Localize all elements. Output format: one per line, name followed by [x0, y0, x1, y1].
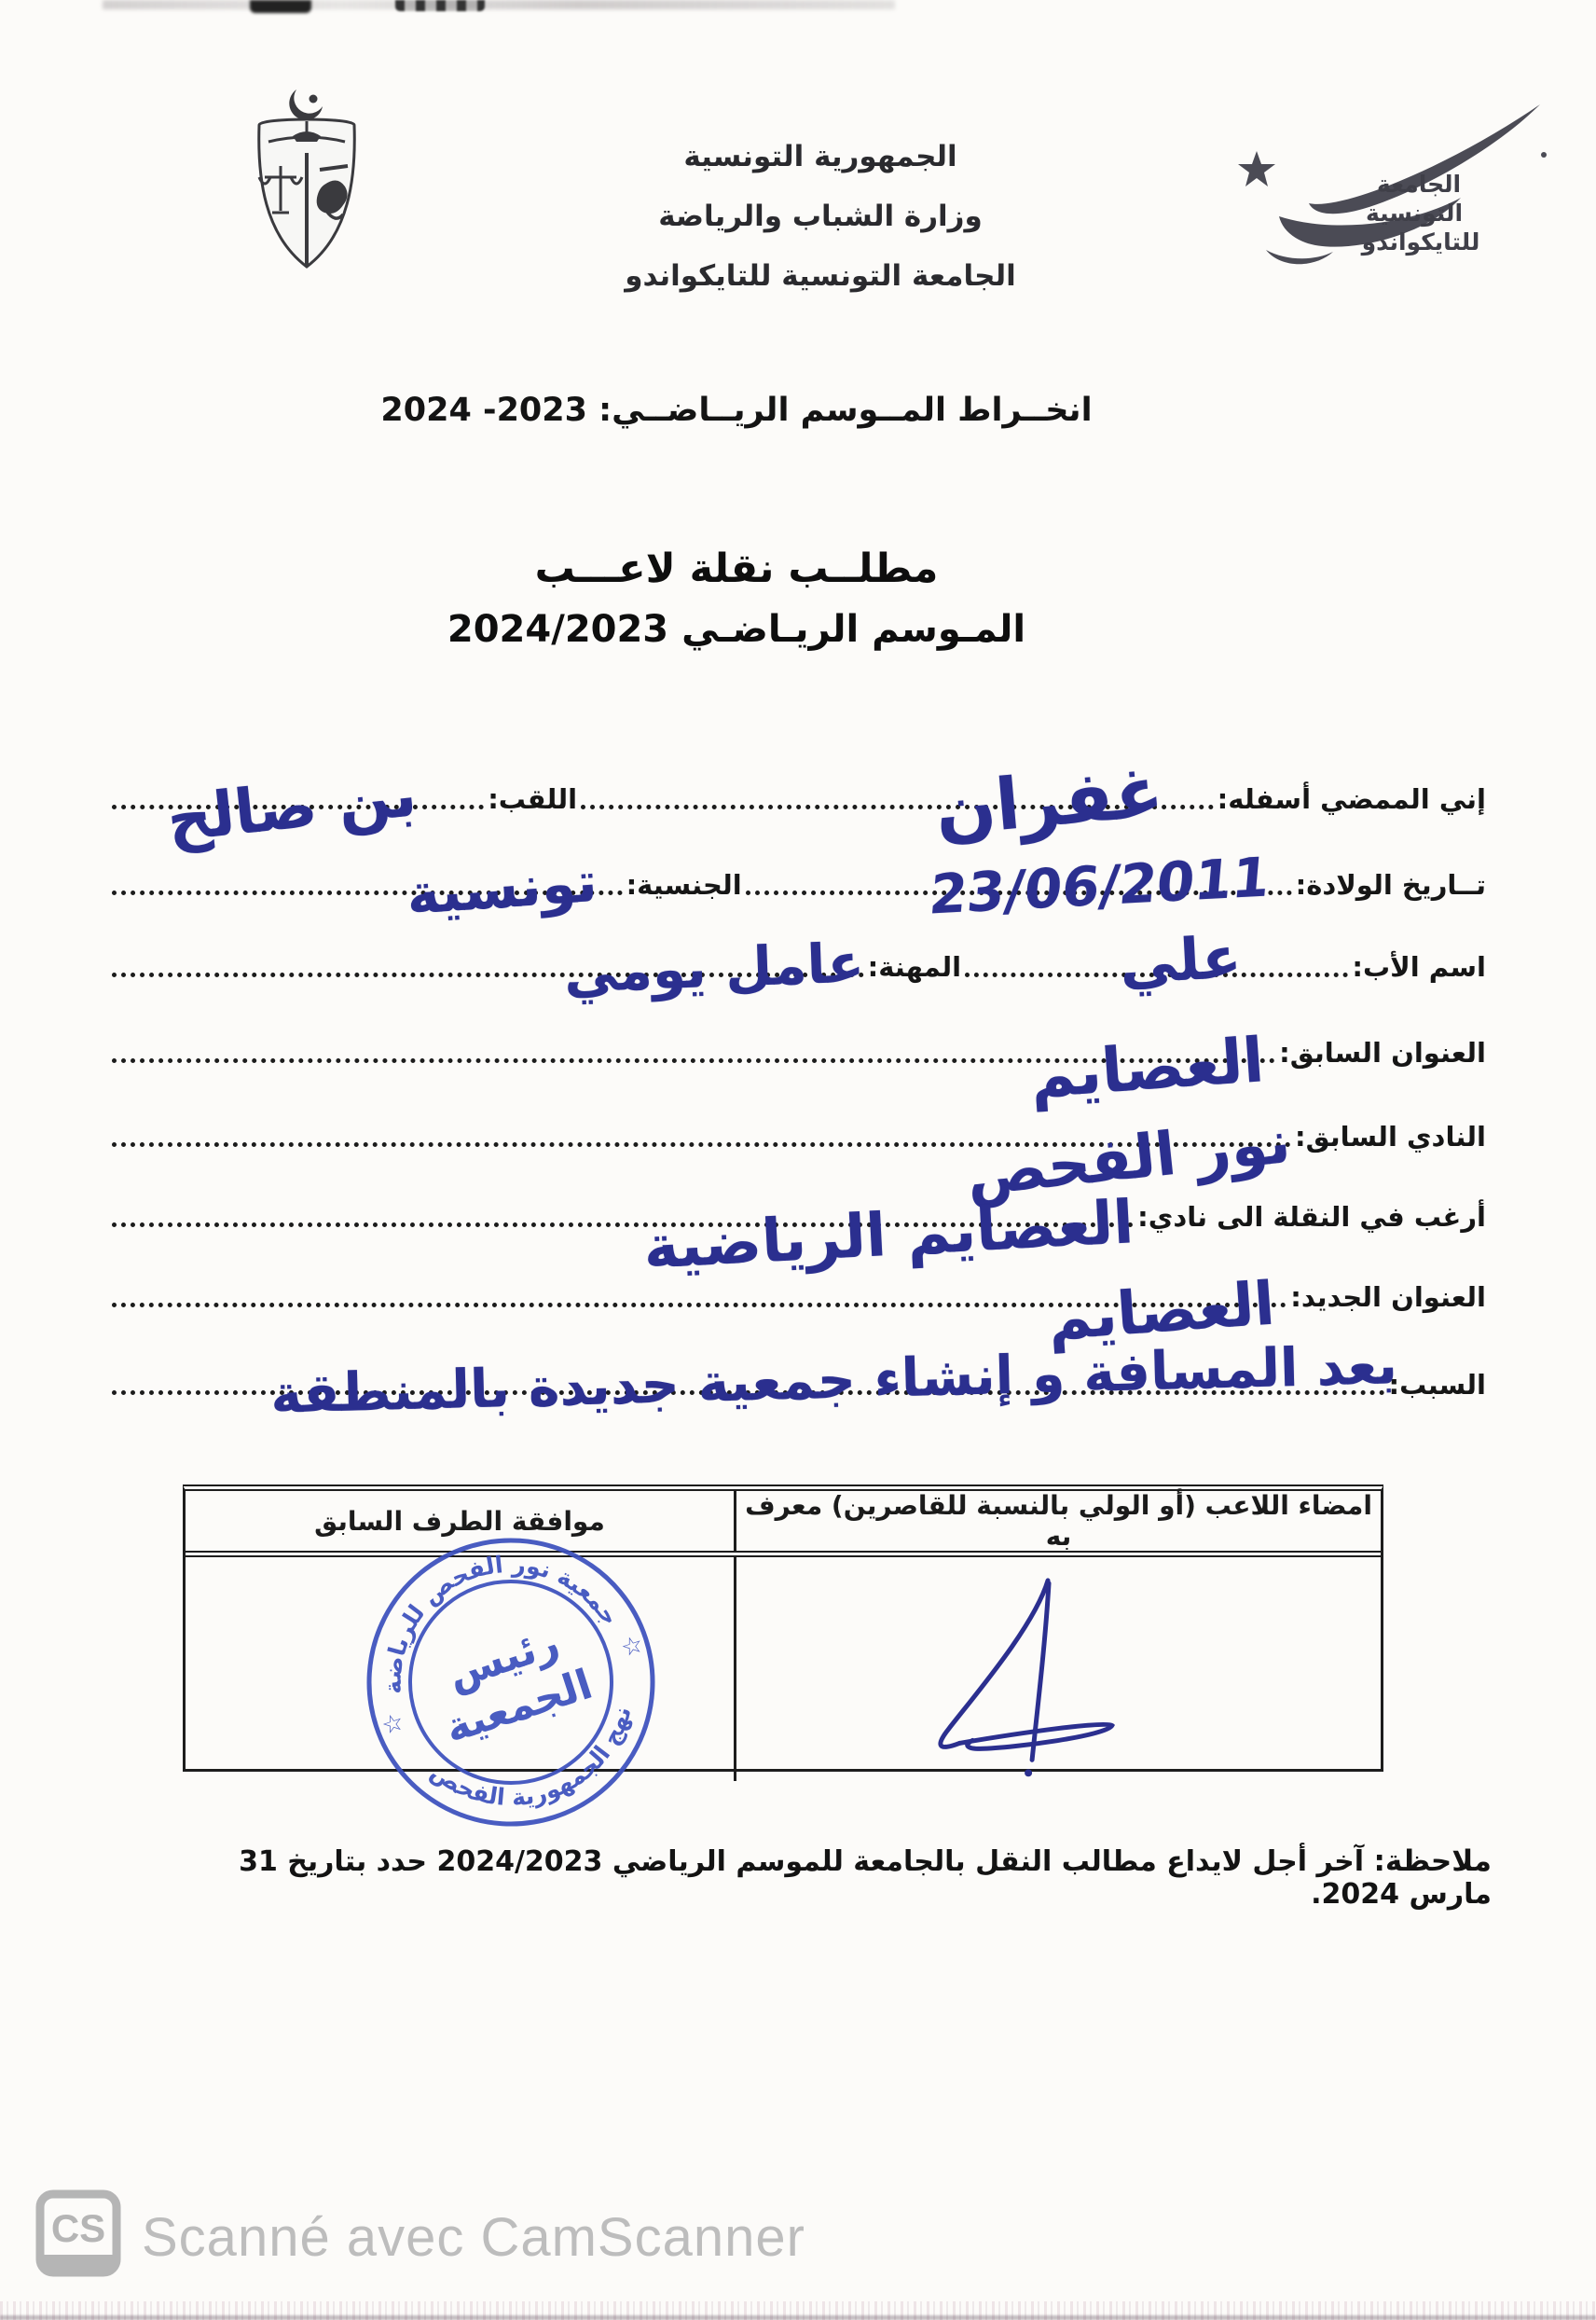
heading-ministry: وزارة الشباب والرياضة: [559, 186, 1081, 246]
scan-artifact-smudge: [395, 0, 485, 11]
form-row-name: إني الممضي أسفله: غفران اللقب: بن صالح: [108, 765, 1486, 817]
transfer-request-title: مطلــب نقلة لاعـــب: [205, 539, 1268, 599]
dotted-line: تونسية: [112, 881, 623, 895]
document-title-block: مطلــب نقلة لاعـــب المـوسم الريـاضـي 20…: [205, 539, 1268, 660]
scan-artifact-top-strip: [103, 0, 895, 9]
deadline-note: ملاحظة: آخر أجل لايداع مطالب النقل بالجا…: [186, 1844, 1492, 1911]
scanned-document-page: الجمهورية التونسية وزارة الشباب والرياضة…: [0, 0, 1596, 2320]
dotted-line: بن صالح: [112, 795, 484, 809]
label-surname: اللقب:: [488, 783, 577, 817]
handwritten-surname: بن صالح: [165, 764, 420, 851]
logo-text-line1: الجامعة: [1377, 171, 1461, 198]
header-player-signature: امضاء اللاعب (أو الولي بالنسبة للقاصرين)…: [734, 1491, 1381, 1551]
handwritten-first-name: غفران: [932, 755, 1166, 846]
logo-text-line3: للتايكواندو: [1360, 228, 1480, 256]
heading-federation: الجامعة التونسية للتايكواندو: [559, 246, 1081, 306]
label-target-club: أرغب في النقلة الى نادي:: [1137, 1201, 1486, 1235]
heading-republic: الجمهورية التونسية: [559, 127, 1081, 186]
stamp-star-left-icon: ☆: [378, 1707, 407, 1741]
scan-artifact-smudge: [250, 0, 311, 13]
handwritten-previous-address: العصايم: [1028, 1029, 1266, 1107]
form-row-father: اسم الأب: علي المهنة: عامل يومي: [108, 932, 1486, 985]
label-profession: المهنة:: [868, 951, 961, 985]
handwritten-nationality: تونسية: [405, 854, 598, 923]
note-body: آخر أجل لايداع مطالب النقل بالجامعة للمو…: [239, 1845, 1492, 1911]
taekwondo-federation-logo: الجامعة التونسية للتايكواندو: [1223, 97, 1559, 293]
enrollment-season-title: انخــراط المــوسم الريــاضــي: 2023- 202…: [205, 392, 1268, 429]
tunisia-coat-of-arms-icon: [231, 80, 382, 297]
player-signature: [736, 1557, 1381, 1781]
form-row-birth: تــاريخ الولادة: 23/06/2011 الجنسية: تون…: [108, 850, 1486, 903]
label-birthdate: تــاريخ الولادة:: [1296, 869, 1486, 903]
player-signature-cell: [734, 1557, 1381, 1781]
label-father-name: اسم الأب:: [1352, 951, 1486, 985]
label-previous-club: النادي السابق:: [1295, 1121, 1486, 1154]
handwritten-father-name: علي: [1118, 929, 1242, 993]
dotted-line: بعد المسافة و إنشاء جمعية جديدة بالمنطقة: [112, 1381, 1385, 1395]
handwritten-reason: بعد المسافة و إنشاء جمعية جديدة بالمنطقة: [270, 1339, 1398, 1422]
dotted-line: العصايم الرياضية: [112, 1213, 1134, 1227]
camscanner-icon-label: CS: [51, 2206, 105, 2250]
label-undersigned: إني الممضي أسفله:: [1218, 783, 1486, 817]
form-row-target-club: أرغب في النقلة الى نادي: العصايم الرياضي…: [108, 1182, 1486, 1235]
form-row-previous-club: النادي السابق: نور الفحص: [108, 1102, 1486, 1154]
form-row-previous-address: العنوان السابق: العصايم: [108, 1018, 1486, 1070]
scan-artifact-bottom-edge: [0, 2315, 1596, 2320]
label-new-address: العنوان الجديد:: [1290, 1281, 1486, 1315]
dotted-line: نور الفحص: [112, 1133, 1291, 1147]
form-row-new-address: العنوان الجديد: العصايم: [108, 1263, 1486, 1315]
ministry-heading: الجمهورية التونسية وزارة الشباب والرياضة…: [559, 127, 1081, 306]
handwritten-birthdate: 23/06/2011: [928, 849, 1273, 921]
handwritten-profession: عامل يومي: [563, 935, 865, 1000]
dotted-line: العصايم: [112, 1293, 1286, 1307]
label-previous-address: العنوان السابق:: [1279, 1037, 1486, 1070]
note-prefix: ملاحظة:: [1374, 1844, 1492, 1878]
camscanner-watermark-text: Scanné avec CamScanner: [142, 2206, 805, 2269]
club-president-stamp: جمعية نور الفحص للرياضة نهج الجمهورية ال…: [362, 1533, 660, 1831]
dotted-line: علي: [965, 963, 1348, 977]
dotted-line: العصايم: [112, 1049, 1275, 1063]
camscanner-icon: CS: [35, 2189, 121, 2277]
label-nationality: الجنسية:: [626, 869, 742, 903]
form-row-reason: السبب: بعد المسافة و إنشاء جمعية جديدة ب…: [108, 1350, 1486, 1402]
label-reason: السبب:: [1389, 1369, 1486, 1402]
sport-season-title: المـوسم الريـاضـي 2024/2023: [205, 599, 1268, 660]
dotted-line: 23/06/2011: [746, 881, 1292, 895]
dotted-line: غفران: [581, 795, 1214, 809]
dotted-line: عامل يومي: [112, 963, 864, 977]
logo-text-line2: التونسية: [1366, 200, 1463, 228]
